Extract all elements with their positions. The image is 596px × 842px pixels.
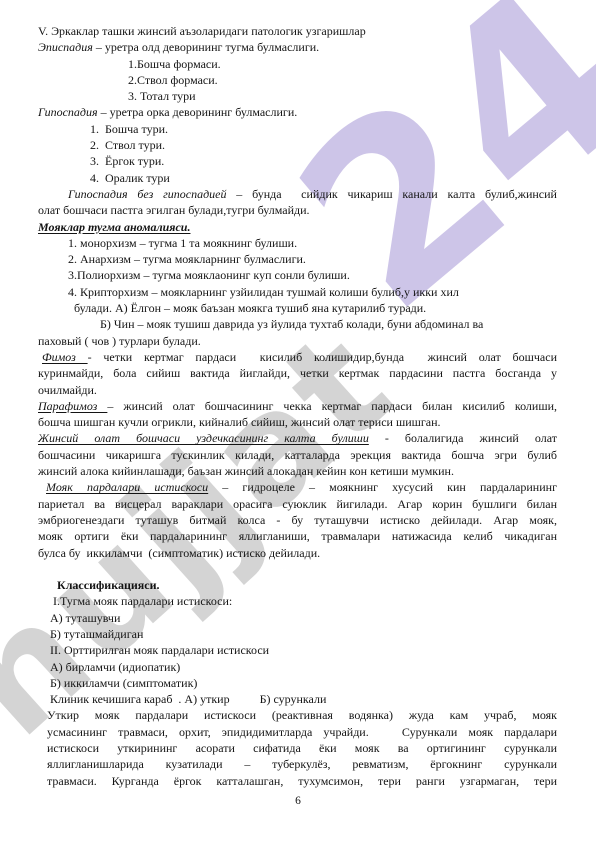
text-line: булади. А) Ёлгон – мояк баъзан моякга ту… [38, 300, 557, 316]
text-line: эмбриогенездаги туташув битмай колса - б… [38, 512, 557, 528]
text-segment: А) бирламчи (идиопатик) [50, 660, 180, 674]
text-line: травмаси. Курганда ёргок катталашган, ту… [38, 773, 557, 789]
text-segment: усмасининг травмаси, орхит, эпидидимитла… [47, 725, 557, 739]
text-segment: - четки кертмаг пардаси кисилиб колишиди… [88, 350, 557, 364]
text-segment: булади. А) Ёлгон – мояк баъзан моякга ту… [74, 301, 426, 315]
text-segment: куринмайди, бола сийиш вактида йиглайди,… [38, 366, 557, 380]
text-segment: очилмайди. [38, 383, 97, 397]
text-segment: Мояк пардалари истискоси [46, 480, 208, 494]
text-line: усмасининг травмаси, орхит, эпидидимитла… [38, 724, 557, 740]
text-line: жинсий алока кийинлашади, баъзан жинсий … [38, 463, 557, 479]
text-line: Уткир мояк пардалари истискоси (реактивн… [38, 707, 557, 723]
text-segment: 1. монорхизм – тугма 1 та моякнинг булиш… [68, 236, 297, 250]
text-segment: I.Тугма мояк пардалари истискоси: [53, 594, 232, 608]
document-page: hujjat 24 V. Эркаклар ташки жинсий аъзол… [0, 0, 596, 842]
text-line: 2.Ствол формаси. [38, 72, 557, 88]
text-line: Классификацияси. [38, 577, 557, 593]
text-segment: Б) Чин – мояк тушиш даврида уз йулида ту… [100, 317, 483, 331]
text-line: бошча шишган кучли огрикли, кийналиб сий… [38, 414, 557, 430]
text-segment: травмаси. Курганда ёргок катталашган, ту… [47, 774, 557, 788]
text-line: 1. монорхизм – тугма 1 та моякнинг булиш… [38, 235, 557, 251]
text-line: куринмайди, бола сийиш вактида йиглайди,… [38, 365, 557, 381]
text-segment: – уретра олд деворининг тугма булмаслиги… [93, 40, 319, 54]
text-segment: бошчасини чикаришга тускинлик килади, ка… [38, 448, 557, 462]
text-line: 2. Анархизм – тугма моякларнинг булмасли… [38, 251, 557, 267]
text-line: париетал ва висцерал вараклари орасига с… [38, 496, 557, 512]
text-segment: Парафимоз [38, 399, 107, 413]
text-line: мояк ортиги ёки пардаларининг яллигланиш… [38, 528, 557, 544]
text-line: 1. Бошча тури. [38, 121, 557, 137]
text-segment: Б) иккиламчи (симптоматик) [50, 676, 197, 690]
text-segment: – уретра орка деворининг булмаслиги. [98, 105, 298, 119]
text-segment: жинсий алока кийинлашади, баъзан жинсий … [38, 464, 454, 478]
text-segment: олат бошчаси пастга эгилган булади,тугри… [38, 203, 310, 217]
text-line: яллигланишларида кузатилади – туберкулёз… [38, 756, 557, 772]
text-line: бошчасини чикаришга тускинлик килади, ка… [38, 447, 557, 463]
text-line: Эписпадия – уретра олд деворининг тугма … [38, 39, 557, 55]
text-line: Б) иккиламчи (симптоматик) [38, 675, 557, 691]
text-line: Мояклар тугма аномалияси. [38, 219, 557, 235]
text-segment: эмбриогенездаги туташув битмай колса - б… [38, 513, 557, 527]
text-segment: 2.Ствол формаси. [128, 73, 218, 87]
text-segment: истискоси уткирининг асорати сифатида ёк… [47, 741, 557, 755]
text-segment: Гипоспадия [38, 105, 98, 119]
text-line: Гипоспадия без гипоспадией – бунда сийди… [38, 186, 557, 202]
text-line: Жинсий олат бошчаси уздечкасининг калта … [38, 430, 557, 446]
text-segment: Классификацияси. [57, 578, 160, 592]
document-text-body: V. Эркаклар ташки жинсий аъзоларидаги па… [38, 23, 557, 789]
text-segment: – жинсий олат бошчасининг чекка кертмаг … [107, 399, 557, 413]
text-segment: Эписпадия [38, 40, 93, 54]
text-segment: V. Эркаклар ташки жинсий аъзоларидаги па… [38, 24, 366, 38]
text-line: Клиник кечишига караб . А) уткир Б) суру… [38, 691, 557, 707]
text-line: 1.Бошча формаси. [38, 56, 557, 72]
text-segment: 3. Тотал тури [128, 89, 196, 103]
text-line: Мояк пардалари истискоси – гидроцеле – м… [38, 479, 557, 495]
text-segment: - болалигида жинсий олат [369, 431, 557, 445]
text-segment: Уткир мояк пардалари истискоси (реактивн… [47, 708, 557, 722]
text-line: 2. Ствол тури. [38, 137, 557, 153]
text-line: истискоси уткирининг асорати сифатида ёк… [38, 740, 557, 756]
text-line: олат бошчаси пастга эгилган булади,тугри… [38, 202, 557, 218]
text-line: Фимоз - четки кертмаг пардаси кисилиб ко… [38, 349, 557, 365]
text-segment: А) туташувчи [50, 611, 120, 625]
text-segment: II. Орттирилган мояк пардалари истискоси [50, 643, 269, 657]
text-segment: 4. Крипторхизм – моякларнинг узйилидан т… [68, 285, 459, 299]
text-segment: 2. Ствол тури. [90, 138, 165, 152]
text-line: Гипоспадия – уретра орка деворининг булм… [38, 104, 557, 120]
text-line: очилмайди. [38, 382, 557, 398]
text-segment: Б) туташмайдиган [50, 627, 143, 641]
text-segment: 2. Анархизм – тугма моякларнинг булмасли… [68, 252, 306, 266]
text-line: паховый ( чов ) турлари булади. [38, 333, 557, 349]
text-segment: Гипоспадия без гипоспадией [68, 187, 226, 201]
text-segment: 4. Оралик тури [90, 171, 170, 185]
text-segment: Фимоз [42, 350, 88, 364]
text-segment: 1. Бошча тури. [90, 122, 168, 136]
text-segment: Мояклар тугма аномалияси. [38, 220, 190, 234]
text-line: А) туташувчи [38, 610, 557, 626]
text-segment: – гидроцеле – моякнинг хусусий кин парда… [208, 480, 557, 494]
text-line: 3. Тотал тури [38, 88, 557, 104]
text-line: 4. Крипторхизм – моякларнинг узйилидан т… [38, 284, 557, 300]
text-segment: яллигланишларида кузатилади – туберкулёз… [47, 757, 557, 771]
text-segment: мояк ортиги ёки пардаларининг яллигланиш… [38, 529, 557, 543]
text-segment: 3.Полиорхизм – тугма мояклаонинг куп сон… [68, 268, 350, 282]
text-line: V. Эркаклар ташки жинсий аъзоларидаги па… [38, 23, 557, 39]
page-number: 6 [0, 795, 596, 807]
text-line: Б) Чин – мояк тушиш даврида уз йулида ту… [38, 316, 557, 332]
text-line: I.Тугма мояк пардалари истискоси: [38, 593, 557, 609]
text-line: А) бирламчи (идиопатик) [38, 659, 557, 675]
blank-line [38, 561, 557, 577]
text-segment: Жинсий олат бошчаси уздечкасининг калта … [38, 431, 369, 445]
text-line: Парафимоз – жинсий олат бошчасининг чекк… [38, 398, 557, 414]
text-segment: – бунда сийдик чикариш канали калта були… [226, 187, 557, 201]
text-segment: паховый ( чов ) турлари булади. [38, 334, 201, 348]
text-line: 3.Полиорхизм – тугма мояклаонинг куп сон… [38, 267, 557, 283]
text-segment: Клиник кечишига караб . А) уткир Б) суру… [50, 692, 326, 706]
text-segment: булса бу иккиламчи (симптоматик) истиско… [38, 546, 320, 560]
text-segment: 3. Ёргок тури. [90, 154, 164, 168]
text-segment: париетал ва висцерал вараклари орасига с… [38, 497, 557, 511]
text-line: булса бу иккиламчи (симптоматик) истиско… [38, 545, 557, 561]
text-line: 4. Оралик тури [38, 170, 557, 186]
text-line: II. Орттирилган мояк пардалари истискоси [38, 642, 557, 658]
text-line: 3. Ёргок тури. [38, 153, 557, 169]
text-line: Б) туташмайдиган [38, 626, 557, 642]
text-segment: бошча шишган кучли огрикли, кийналиб сий… [38, 415, 441, 429]
text-segment: 1.Бошча формаси. [128, 57, 221, 71]
